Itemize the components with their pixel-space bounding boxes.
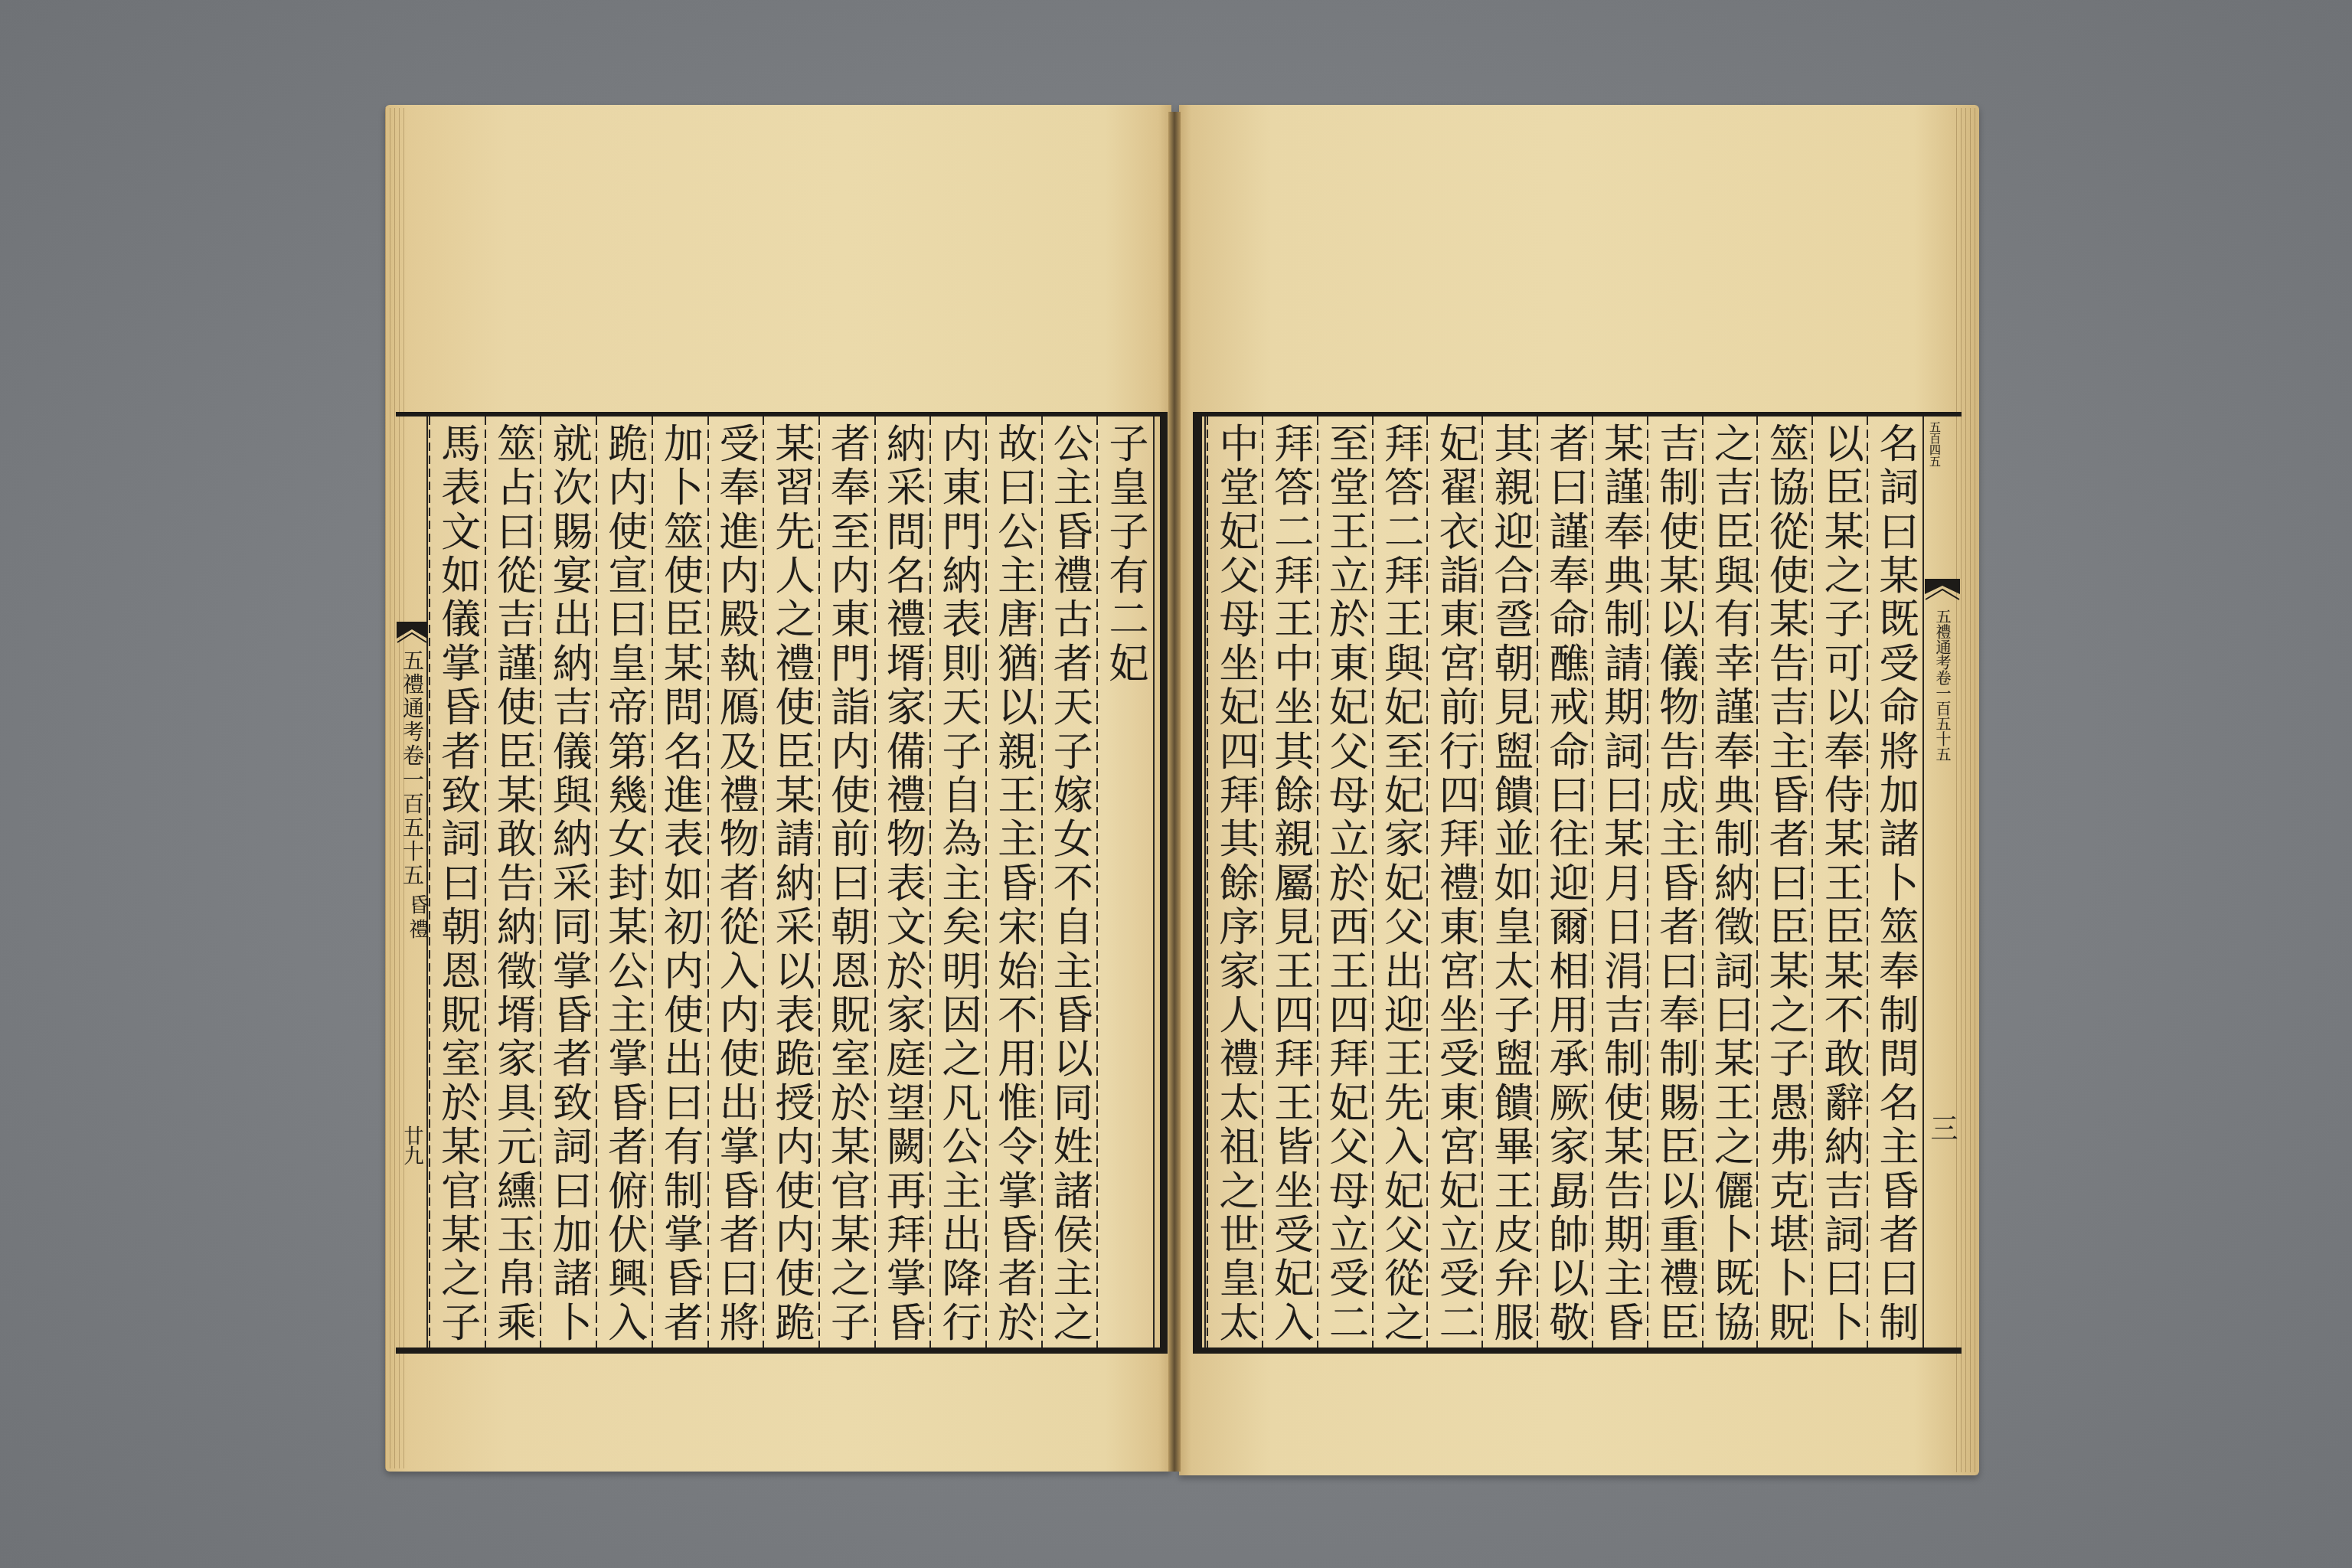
text-column: 就次賜宴出納吉儀與納采同掌昏者致詞曰加諸卜 [540,416,596,1347]
text-column: 納采問名禮壻家備禮物表文於家庭望闕再拜掌昏 [874,416,930,1347]
text-column: 某謹奉典制請期詞曰某月日涓吉制使某告期主昏 [1592,416,1647,1347]
text-column: 吉制使某以儀物告成主昏者曰奉制賜臣以重禮臣 [1647,416,1702,1347]
right-frame-outer-rule [1193,412,1202,1354]
page-number-partial: 三 [1928,1114,1955,1142]
text-column: 筮協從使某告吉主昏者曰臣某之子愚弗克堪卜貺 [1756,416,1811,1347]
left-frame-outer-rule [1160,412,1168,1354]
book-spine-gutter [1168,112,1181,1472]
text-column: 某習先人之禮使臣某請納采以表跪授内使内使跪 [763,416,818,1347]
text-column: 拜答二拜王中坐其餘親屬見王四拜王皆坐受妃入 [1262,416,1317,1347]
left-banxin-separator [426,416,428,1347]
left-frame-bottom-rule [396,1347,1168,1354]
right-banxin-separator [1922,416,1924,1347]
text-column: 以臣某之子可以奉侍某王臣某不敢辭納吉詞曰卜 [1811,416,1867,1347]
text-column: 加卜筮使臣某問名進表如初内使出曰有制掌昏者 [652,416,707,1347]
text-column: 妃翟衣詣東宮前行四拜禮東宮坐受東宮妃立受二 [1426,416,1481,1347]
text-column: 者奉至内東門詣内使前曰朝恩貺室於某官某之子 [818,416,874,1347]
text-column: 公主昏禮古者天子嫁女不自主昏以同姓諸侯主之 [1041,416,1097,1347]
text-column: 筮占曰從吉謹使臣某敢告納徵壻家具元纁玉帛乘 [485,416,541,1347]
text-column: 跪内使宣曰皇帝第幾女封某公主掌昏者俯伏興入 [596,416,652,1347]
section-label: 昏禮 [407,894,427,943]
text-column: 至堂王立於東妃父母立於西王四拜妃父母立受二 [1317,416,1372,1347]
text-column: 子皇子有二妃 [1096,416,1152,1347]
text-column: 之吉臣與有幸謹奉典制納徵詞曰某王之儷卜既協 [1702,416,1757,1347]
fishtail-mark-icon [1925,579,1960,602]
text-column: 名詞曰某既受命將加諸卜筮奉制問名主昏者曰制 [1867,416,1922,1347]
text-column: 中堂妃父母坐妃四拜其餘序家人禮太祖之世皇太 [1207,416,1262,1347]
right-frame-bottom-rule [1193,1347,1962,1354]
right-frame-inner-rule [1204,416,1206,1347]
right-page-edge-stack [1956,108,1979,1472]
text-column: 拜答二拜王與妃至妃家妃父出迎王先入妃父從之 [1372,416,1427,1347]
text-column: 故曰公主唐猶以親王主昏宋始不用惟令掌昏者於 [985,416,1041,1347]
text-column: 馬表文如儀掌昏者致詞曰朝恩貺室於某官某之子 [429,416,485,1347]
text-column: 受奉進内殿執鴈及禮物者從入内使出掌昏者曰將 [707,416,763,1347]
book-title-label: 五禮通考卷一百五十五 [1929,609,1955,762]
right-page-text-block: 名詞曰某既受命將加諸卜筮奉制問名主昏者曰制 以臣某之子可以奉侍某王臣某不敢辭納吉… [1207,416,1922,1347]
page-number: 廿九 [399,1125,425,1165]
text-column: 内東門納表則天子自為主矣明因之凡公主出降行 [929,416,985,1347]
book-title-label: 五禮通考卷一百五十五 [399,649,425,888]
left-page-text-block: 子皇子有二妃 公主昏禮古者天子嫁女不自主昏以同姓諸侯主之 故曰公主唐猶以親王主昏… [429,416,1152,1347]
text-column: 者曰謹奉命醮戒命曰往迎爾相用承厥家勗帥以敬 [1537,416,1592,1347]
left-frame-inner-rule [1153,416,1155,1347]
text-column: 其親迎合巹朝見盥饋並如皇太子盥饋畢王皮弁服 [1481,416,1537,1347]
top-label: 五百四五 [1927,421,1942,467]
fishtail-mark-icon [397,622,427,645]
